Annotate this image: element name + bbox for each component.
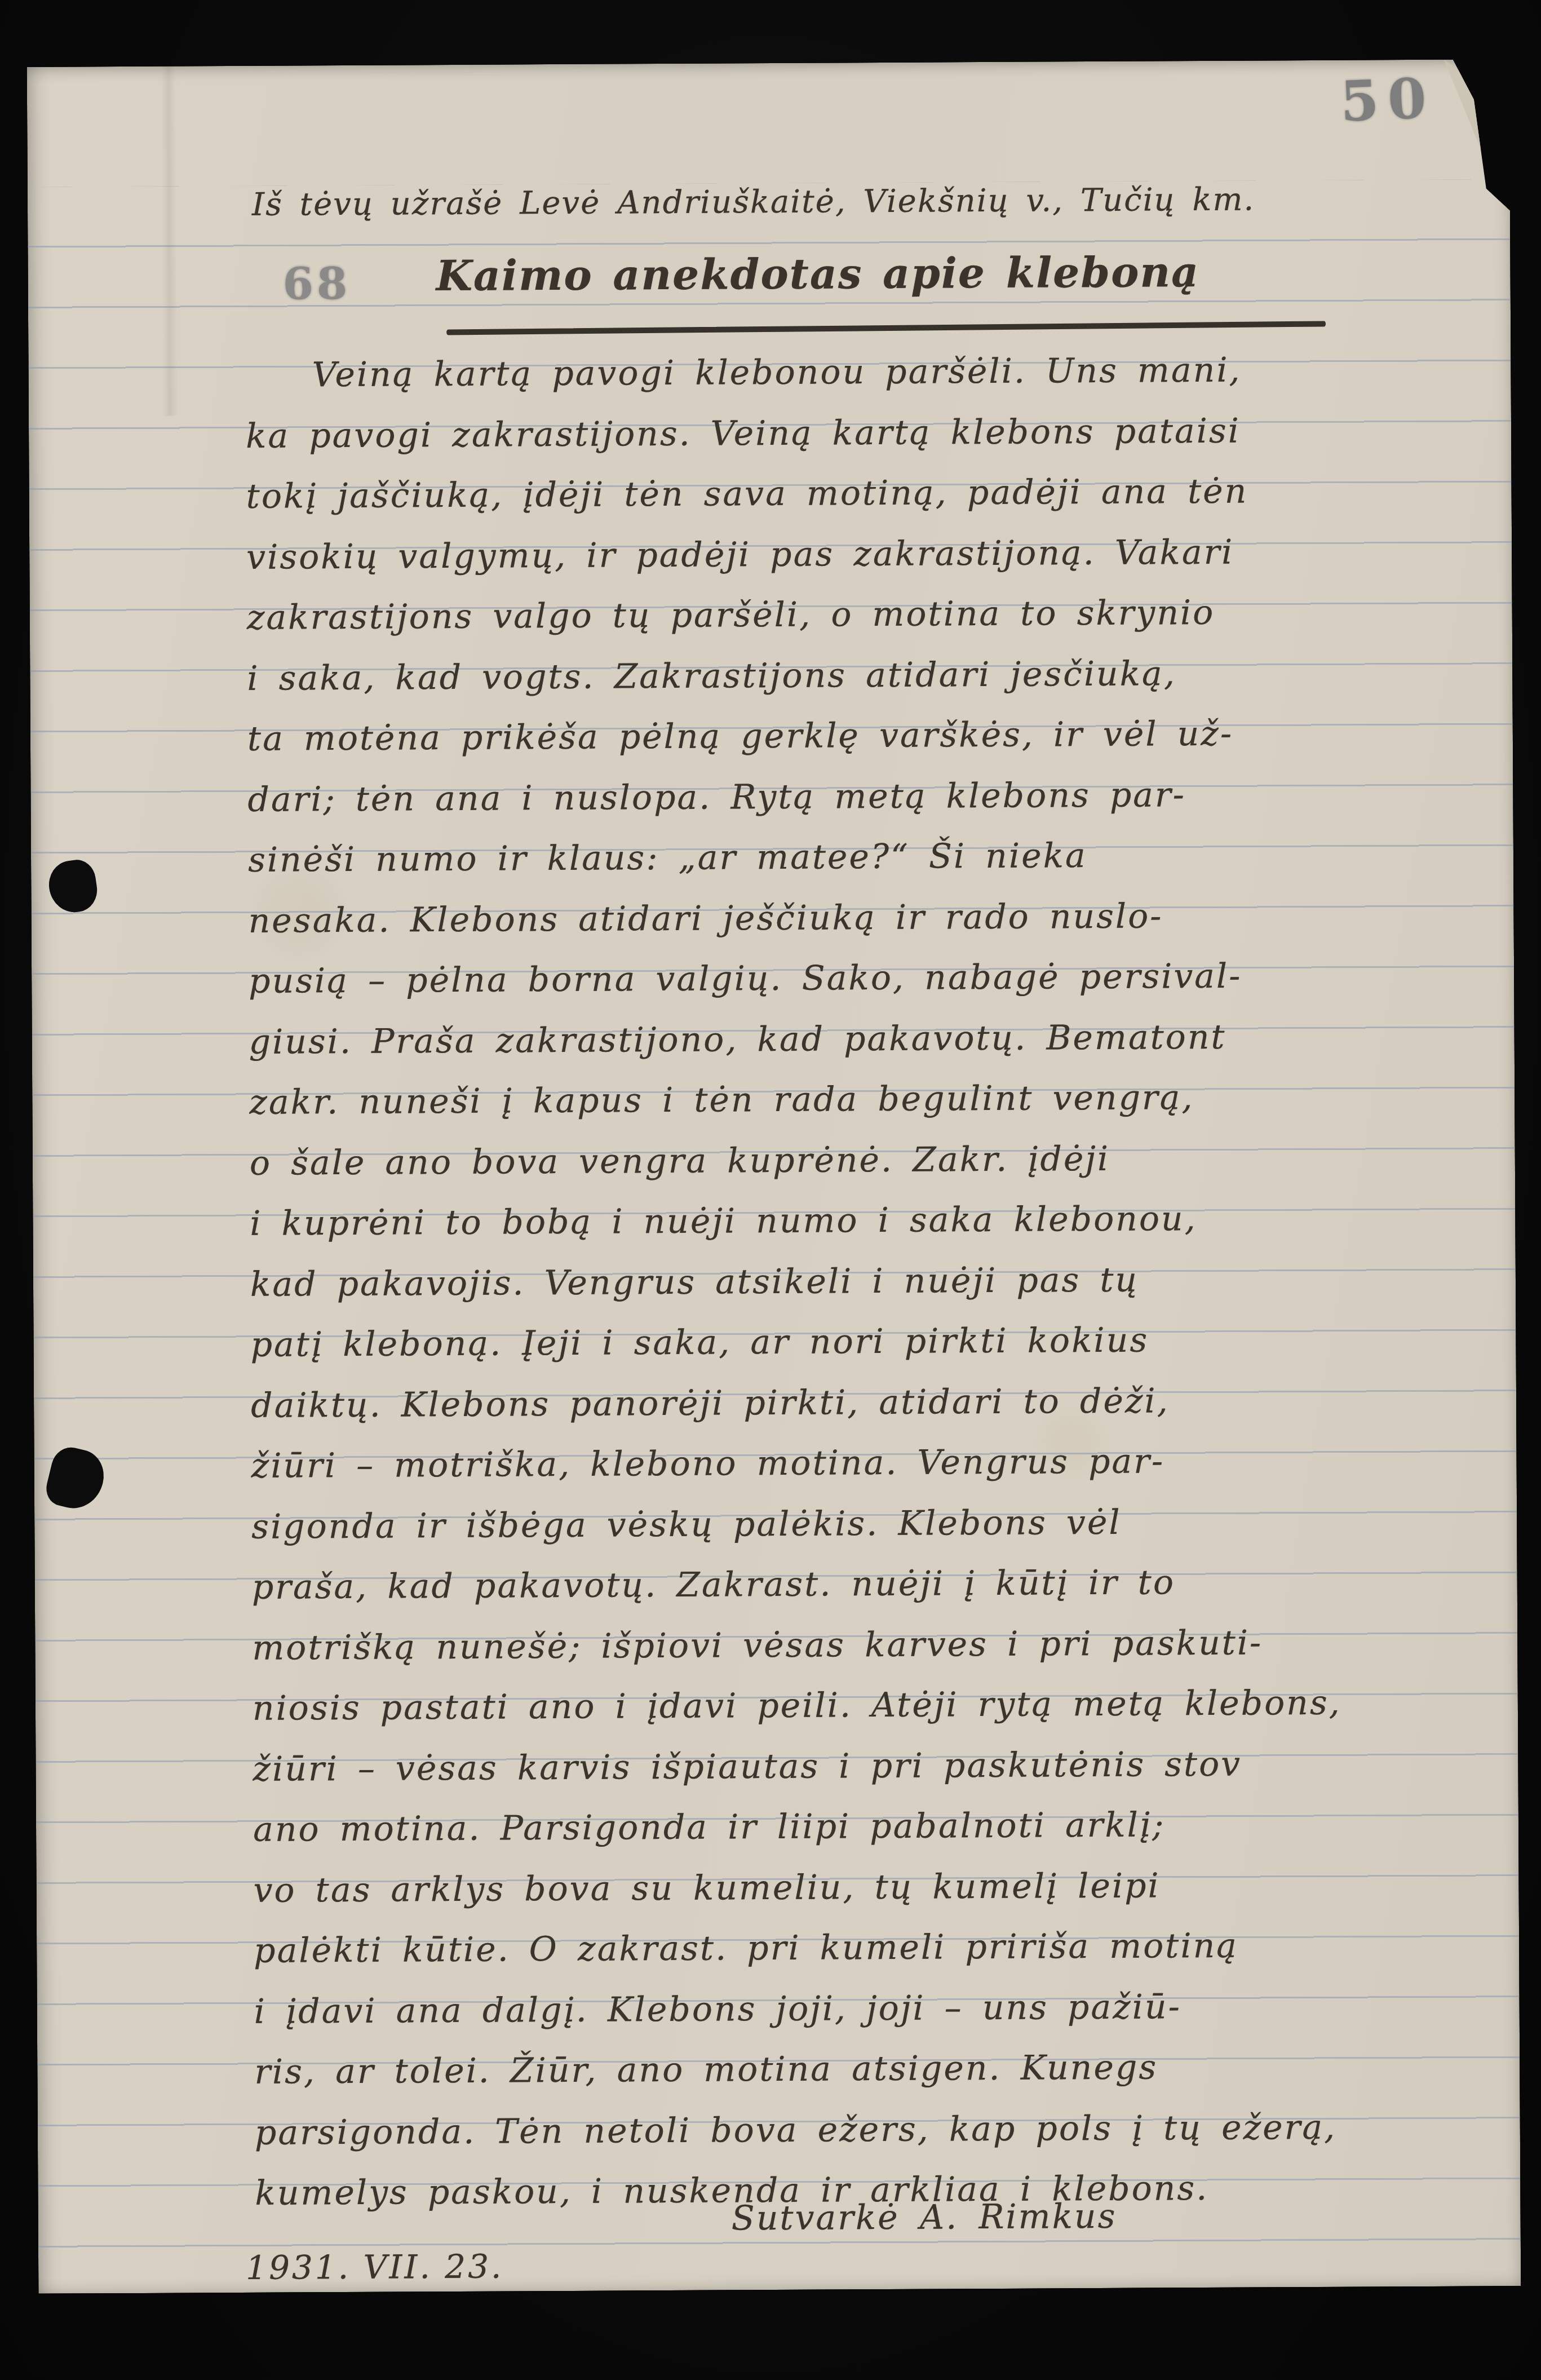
manuscript-line: giusi. Praša zakrastijono, kad pakavotų.… — [249, 1006, 1478, 1073]
manuscript-line: i saka, kad vogts. Zakrastijons atidari … — [247, 642, 1476, 709]
manuscript-line: i įdavi ana dalgį. Klebons joji, joji – … — [254, 1975, 1483, 2042]
manuscript-line: i kuprėni to bobą i nuėji numo i saka kl… — [250, 1187, 1479, 1254]
collector-signature: Sutvarkė A. Rimkus — [731, 2197, 1117, 2239]
manuscript-line: tokį jaščiuką, įdėji tėn sava motiną, pa… — [246, 460, 1475, 527]
manuscript-line: ka pavogi zakrastijons. Veiną kartą kleb… — [246, 400, 1475, 467]
manuscript-line: parsigonda. Tėn netoli bova ežers, kap p… — [255, 2096, 1484, 2164]
manuscript-title: Kaimo anekdotas apie kleboną — [436, 248, 1199, 300]
manuscript-line: dari; tėn ana i nuslopa. Rytą metą klebo… — [247, 763, 1477, 830]
manuscript-line: Veiną kartą pavogi klebonou paršėli. Uns… — [245, 339, 1474, 406]
page-number-stamp: 50 — [1339, 66, 1437, 135]
scan-backdrop: { "page": { "stamp_page_number": "50", "… — [0, 0, 1541, 2380]
manuscript-line: zakr. nuneši į kapus i tėn rada begulint… — [249, 1066, 1478, 1133]
manuscript-line: pusią – pėlna borna valgių. Sako, nabagė… — [249, 945, 1478, 1012]
manuscript-line: motrišką nunešė; išpiovi vėsas karves i … — [252, 1612, 1481, 1679]
manuscript-line: zakrastijons valgo tų paršėli, o motina … — [247, 581, 1476, 648]
date-line: 1931. VII. 23. — [246, 2248, 504, 2287]
manuscript-line: visokių valgymų, ir padėji pas zakrastij… — [246, 521, 1476, 588]
paper-crease — [161, 67, 178, 416]
manuscript-line: daiktų. Klebons panorėji pirkti, atidari… — [251, 1369, 1480, 1436]
manuscript-line: nesaka. Klebons atidari ješčiuką ir rado… — [248, 884, 1477, 952]
manuscript-line: ta motėna prikėša pėlną gerklę varškės, … — [247, 702, 1477, 769]
manuscript-line: ris, ar tolei. Žiūr, ano motina atsigen.… — [254, 2036, 1484, 2103]
manuscript-body: Veiną kartą pavogi klebonou paršėli. Uns… — [245, 339, 1484, 2224]
manuscript-line: praša, kad pakavotų. Zakrast. nuėji į kū… — [252, 1551, 1481, 1618]
attribution-line: Iš tėvų užrašė Levė Andriuškaitė, Viekšn… — [252, 182, 1255, 223]
manuscript-line: ano motina. Parsigonda ir liipi pabalnot… — [253, 1793, 1482, 1860]
manuscript-line: žiūri – motriška, klebono motina. Vengru… — [251, 1430, 1480, 1497]
manuscript-line: palėkti kūtie. O zakrast. pri kumeli pri… — [254, 1914, 1483, 1981]
manuscript-line: sigonda ir išbėga vėskų palėkis. Klebons… — [251, 1490, 1481, 1558]
item-number-stamp: 68 — [282, 258, 351, 310]
manuscript-line: niosis pastati ano i įdavi peili. Atėji … — [253, 1672, 1482, 1739]
manuscript-page: 50 Iš tėvų užrašė Levė Andriuškaitė, Vie… — [27, 59, 1521, 2294]
manuscript-line: patį kleboną. Įeji i saka, ar nori pirkt… — [250, 1308, 1480, 1375]
manuscript-line: vo tas arklys bova su kumeliu, tų kumelį… — [253, 1854, 1482, 1921]
manuscript-line: žiūri – vėsas karvis išpiautas i pri pas… — [253, 1733, 1482, 1800]
manuscript-line: o šale ano bova vengra kuprėnė. Zakr. įd… — [250, 1127, 1479, 1194]
manuscript-line: sinėši numo ir klaus: „ar matee?“ Ši nie… — [248, 824, 1477, 891]
manuscript-line: kad pakavojis. Vengrus atsikeli i nuėji … — [250, 1248, 1480, 1315]
